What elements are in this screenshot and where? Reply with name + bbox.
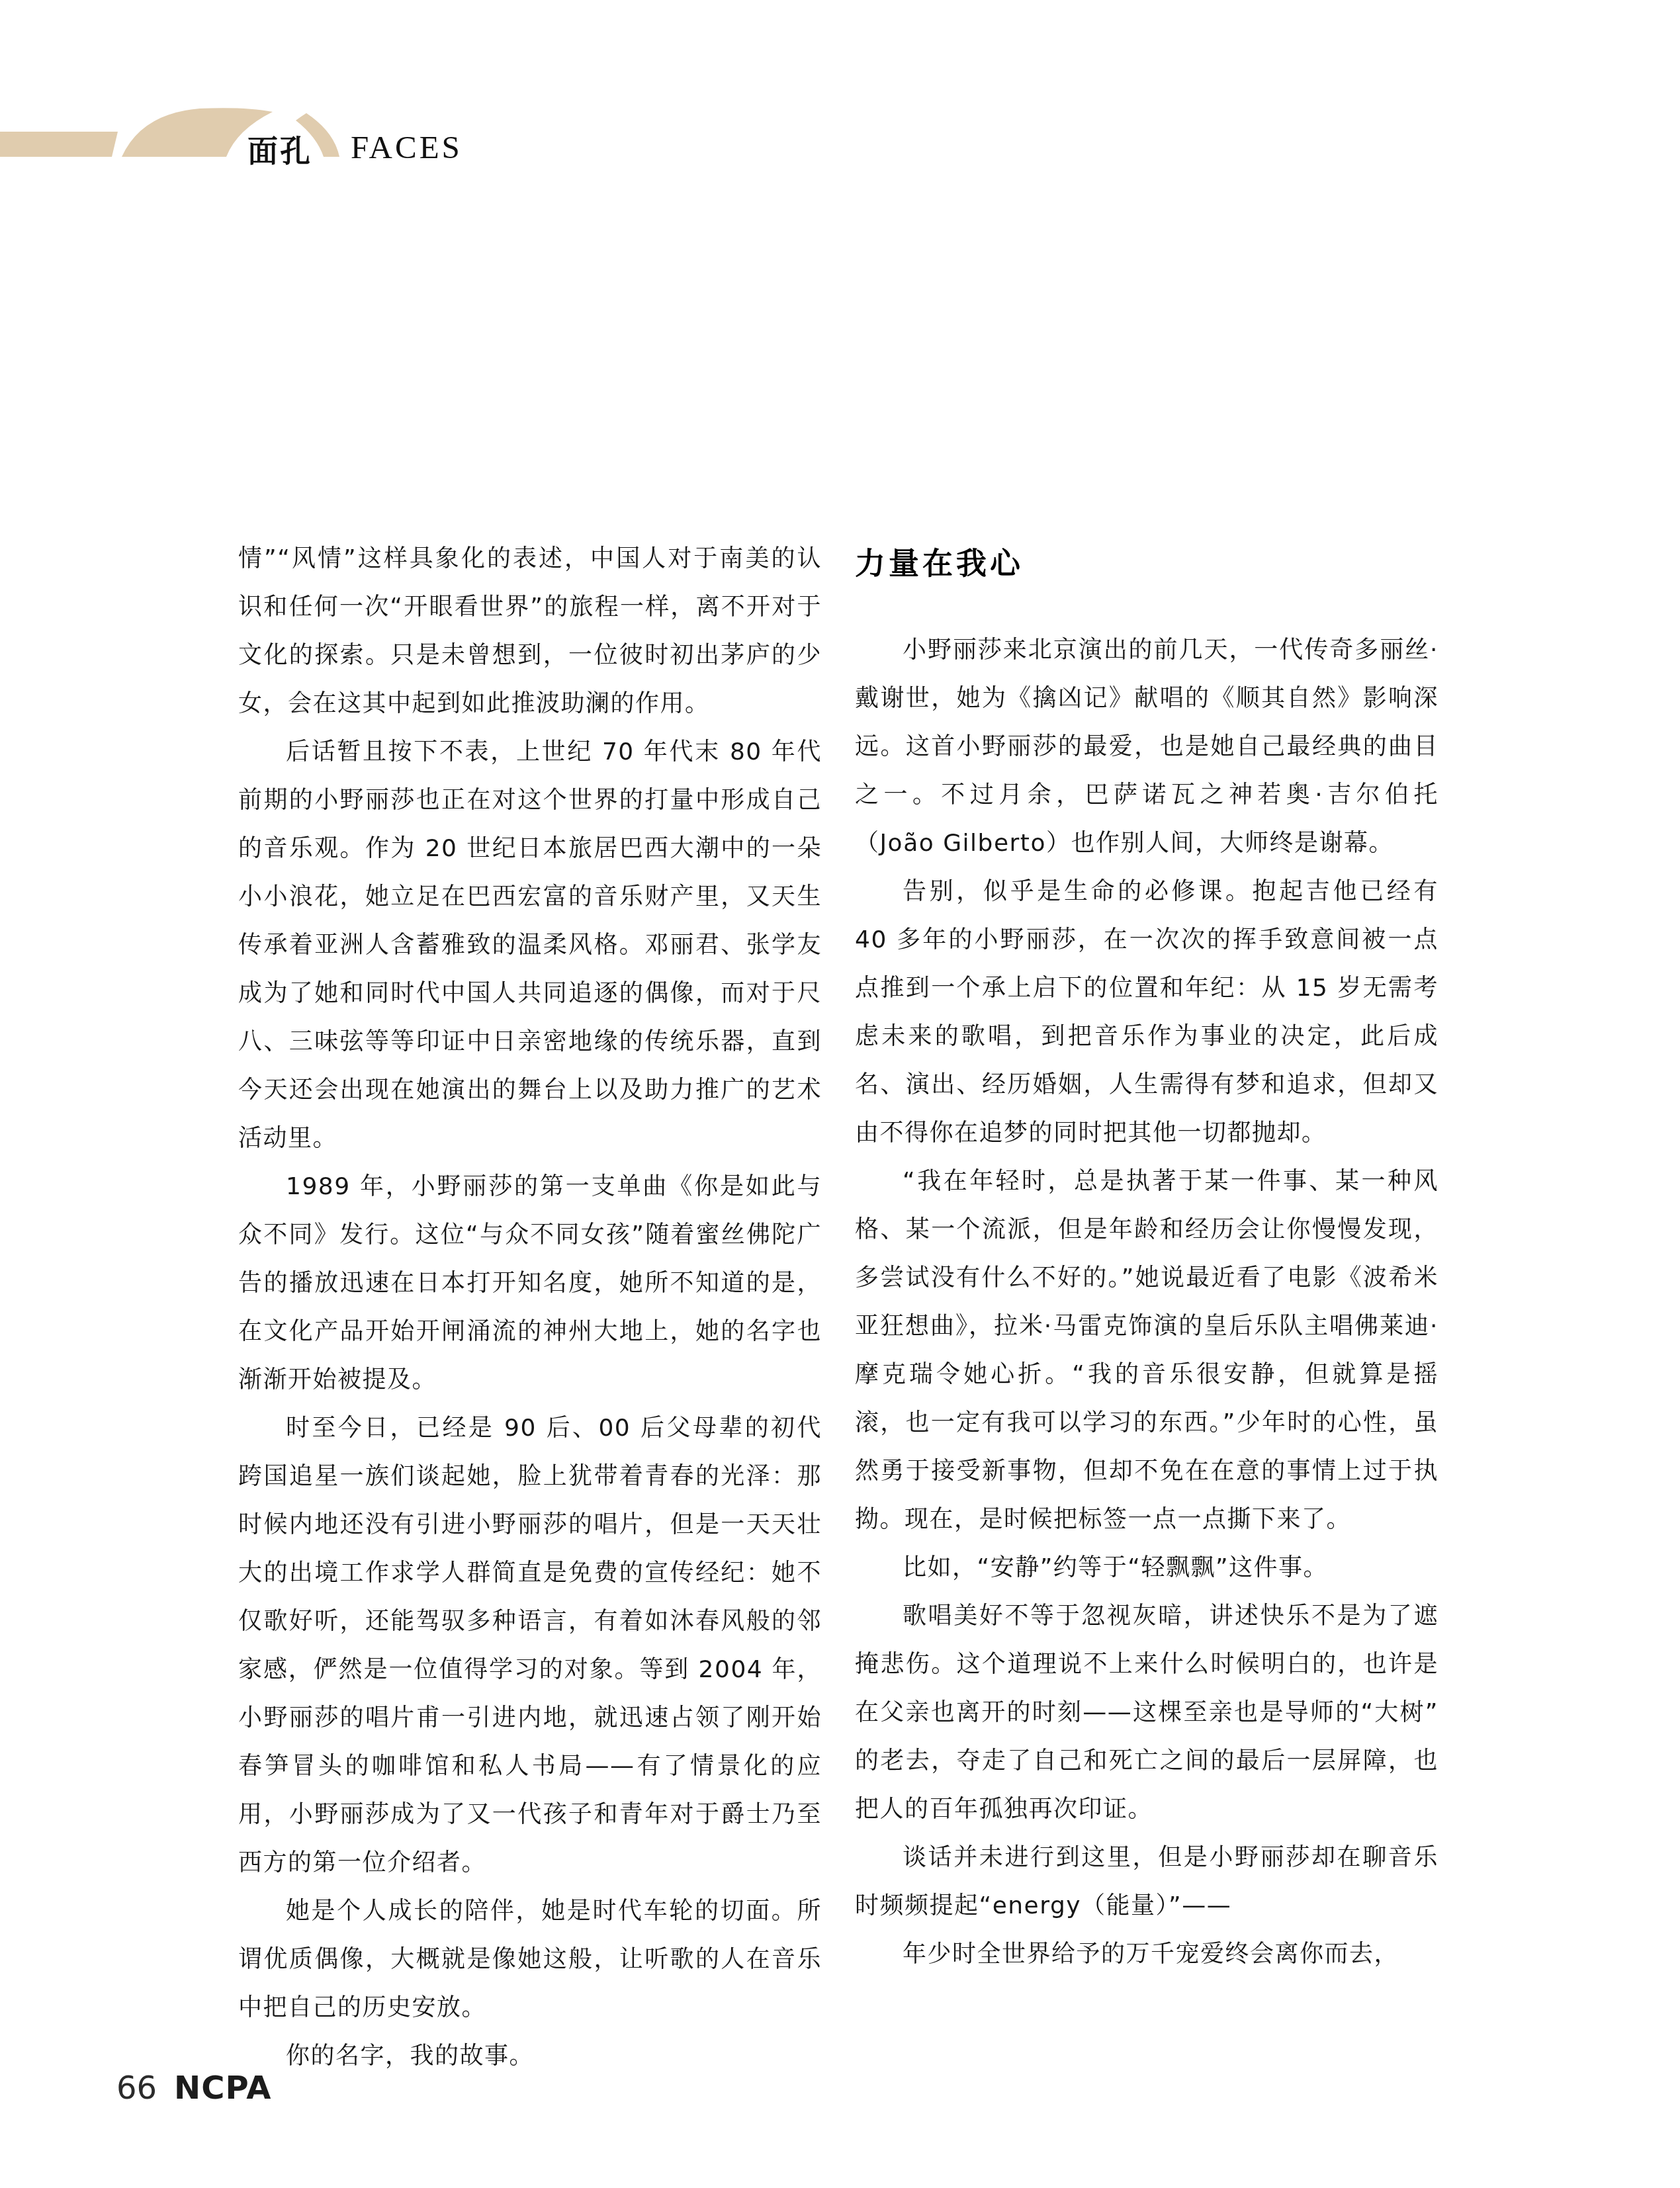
header-swoosh-graphic — [0, 0, 476, 198]
paragraph: 比如，“安静”约等于“轻飘飘”这件事。 — [855, 1544, 1438, 1592]
paragraph: 1989 年，小野丽莎的第一支单曲《你是如此与众不同》发行。这位“与众不同女孩”… — [238, 1162, 822, 1404]
paragraph: 情”“风情”这样具象化的表述，中国人对于南美的认识和任何一次“开眼看世界”的旅程… — [238, 535, 822, 728]
left-column: 情”“风情”这样具象化的表述，中国人对于南美的认识和任何一次“开眼看世界”的旅程… — [238, 535, 822, 2080]
paragraph: 歌唱美好不等于忽视灰暗，讲述快乐不是为了遮掩悲伤。这个道理说不上来什么时候明白的… — [855, 1592, 1438, 1833]
paragraph: 她是个人成长的陪伴，她是时代车轮的切面。所谓优质偶像，大概就是像她这般，让听歌的… — [238, 1887, 822, 2032]
paragraph: “我在年轻时，总是执著于某一件事、某一种风格、某一个流派，但是年龄和经历会让你慢… — [855, 1157, 1438, 1544]
journal-code: NCPA — [174, 2070, 271, 2107]
paragraph: 小野丽莎来北京演出的前几天，一代传奇多丽丝·戴谢世，她为《擒凶记》献唱的《顺其自… — [855, 626, 1438, 867]
section-heading: 力量在我心 — [855, 539, 1438, 588]
right-column: 力量在我心 小野丽莎来北京演出的前几天，一代传奇多丽丝·戴谢世，她为《擒凶记》献… — [855, 539, 1438, 1978]
paragraph: 你的名字，我的故事。 — [238, 2032, 822, 2080]
paragraph: 谈话并未进行到这里，但是小野丽莎却在聊音乐时频频提起“energy（能量）”—— — [855, 1833, 1438, 1930]
page-number: 66 — [116, 2070, 157, 2107]
paragraph: 告别，似乎是生命的必修课。抱起吉他已经有 40 多年的小野丽莎，在一次次的挥手致… — [855, 867, 1438, 1157]
right-column-paragraphs: 小野丽莎来北京演出的前几天，一代传奇多丽丝·戴谢世，她为《擒凶记》献唱的《顺其自… — [855, 626, 1438, 1978]
section-title-chinese: 面孔 — [247, 127, 312, 171]
page-footer: 66 NCPA — [116, 2070, 271, 2107]
paragraph: 后话暂且按下不表，上世纪 70 年代末 80 年代前期的小野丽莎也正在对这个世界… — [238, 728, 822, 1162]
swoosh-bar-shape — [0, 132, 118, 157]
paragraph: 时至今日，已经是 90 后、00 后父母辈的初代跨国追星一族们谈起她，脸上犹带着… — [238, 1404, 822, 1887]
section-title-english: FACES — [351, 128, 463, 166]
paragraph: 年少时全世界给予的万千宠爱终会离你而去， — [855, 1930, 1438, 1978]
magazine-page: 面孔 FACES 情”“风情”这样具象化的表述，中国人对于南美的认识和任何一次“… — [0, 0, 1680, 2188]
